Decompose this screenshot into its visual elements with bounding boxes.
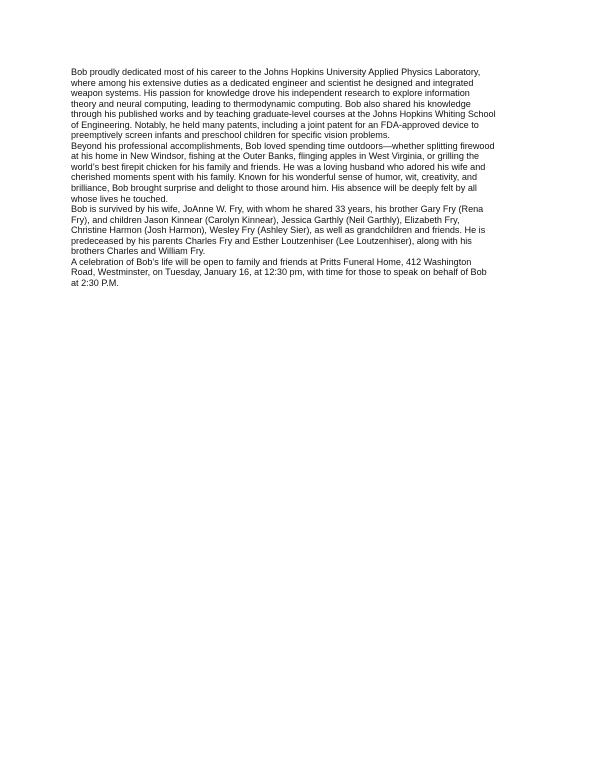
text-line: Christine Harmon (Josh Harmon), Wesley F… [71, 225, 541, 236]
text-line: Fry), and children Jason Kinnear (Caroly… [71, 215, 541, 226]
text-line: world’s best firepit chicken for his fam… [71, 162, 541, 173]
paragraph-personal-life: Beyond his professional accomplishments,… [71, 141, 541, 204]
text-line: whose lives he touched. [71, 194, 541, 205]
text-line: through his published works and by teach… [71, 109, 541, 120]
text-line: cherished moments spent with his family.… [71, 172, 541, 183]
text-line: predeceased by his parents Charles Fry a… [71, 236, 541, 247]
text-line: at 2:30 P.M. [71, 278, 541, 289]
paragraph-celebration: A celebration of Bob’s life will be open… [71, 257, 541, 289]
text-line: brilliance, Bob brought surprise and del… [71, 183, 541, 194]
text-line: brothers Charles and William Fry. [71, 246, 541, 257]
paragraph-survivors: Bob is survived by his wife, JoAnne W. F… [71, 204, 541, 257]
text-line: theory and neural computing, leading to … [71, 99, 541, 110]
text-line: preemptively screen infants and preschoo… [71, 130, 541, 141]
paragraph-career: Bob proudly dedicated most of his career… [71, 67, 541, 141]
text-line: Bob is survived by his wife, JoAnne W. F… [71, 204, 541, 215]
text-line: weapon systems. His passion for knowledg… [71, 88, 541, 99]
text-line: at his home in New Windsor, fishing at t… [71, 151, 541, 162]
text-line: Bob proudly dedicated most of his career… [71, 67, 541, 78]
text-line: where among his extensive duties as a de… [71, 78, 541, 89]
text-line: Road, Westminster, on Tuesday, January 1… [71, 267, 541, 278]
text-line: Beyond his professional accomplishments,… [71, 141, 541, 152]
text-line: of Engineering. Notably, he held many pa… [71, 120, 541, 131]
text-line: A celebration of Bob’s life will be open… [71, 257, 541, 268]
document-page: Bob proudly dedicated most of his career… [71, 67, 541, 288]
